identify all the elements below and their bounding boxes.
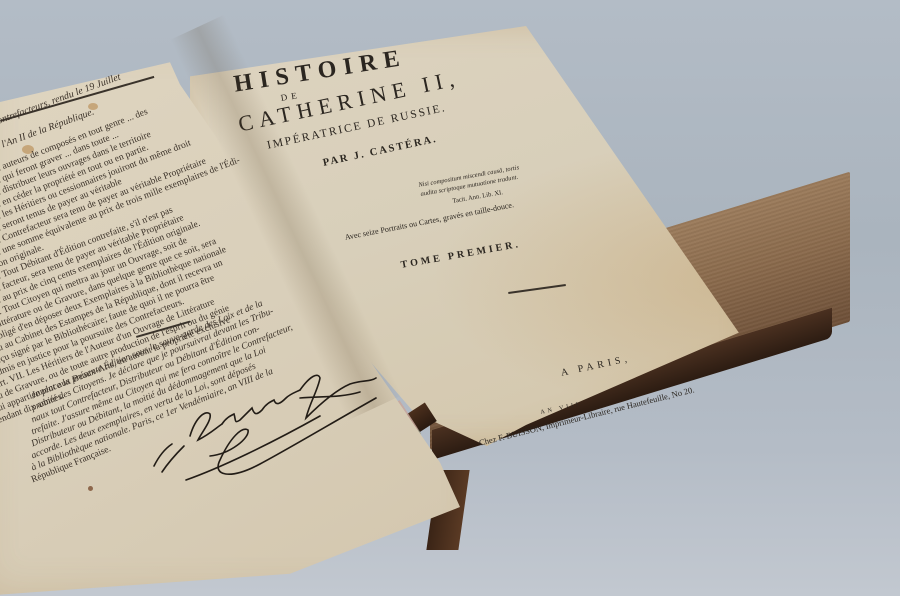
buisson-signature: [150, 368, 380, 488]
photo-scene: HISTOIRE DE CATHERINE II, IMPÉRATRICE DE…: [0, 0, 900, 596]
foxing-stain: [88, 486, 93, 491]
